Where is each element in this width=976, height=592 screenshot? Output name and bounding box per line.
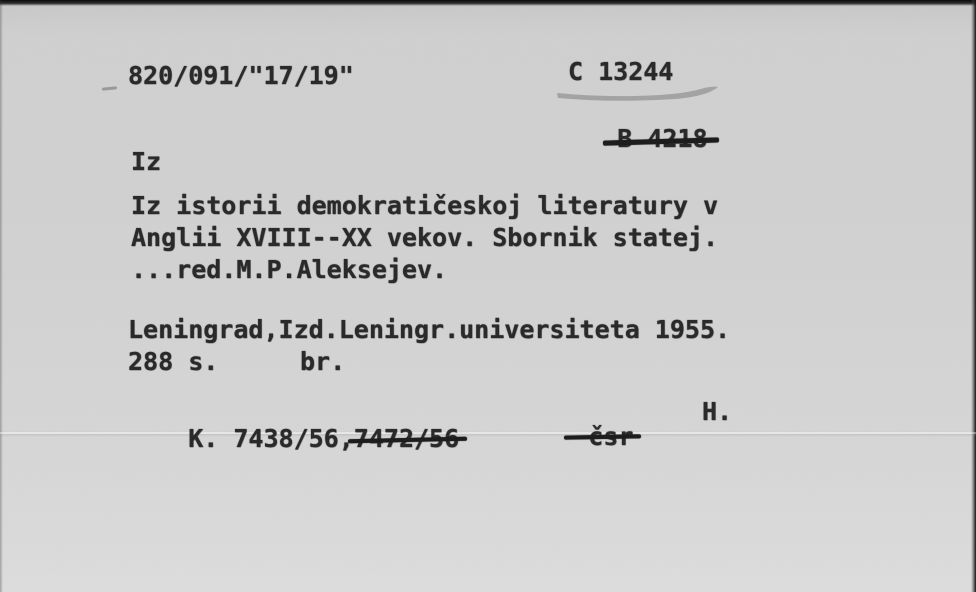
title-line-1: Iz istorii demokratičeskoj literatury v [131,192,718,219]
title-line-3: ...red.M.P.Aleksejev. [131,256,447,283]
scan-edge-top [0,0,976,6]
filing-word: Iz [131,148,161,175]
shelfmark-cancelled: B 4218 [557,98,708,179]
pagination: 288 s. [128,348,218,375]
shelfmark-cancelled-text: B 4218 [617,125,707,152]
accession-cancelled: 7472/56 [354,425,459,452]
binding-note: br. [300,348,345,375]
scan-edge-left [0,0,3,592]
scan-edge-right [971,0,976,592]
accession-line: K. 7438/56,7472/56 [128,398,459,479]
accession-prefix: K. 7438/56, [188,424,354,453]
shelfmark-current: C 13244 [568,58,673,85]
catalog-card-scan: 820/091/"17/19" C 13244 B 4218 Iz Iz ist… [0,0,976,592]
imprint: Leningrad,Izd.Leningr.universiteta 1955. [128,316,730,343]
note-cancelled-text: čsr [588,423,633,450]
note-cancelled: čsr [528,396,633,477]
cataloguer-initial: H. [702,398,732,425]
pencil-mark [102,86,117,91]
classification-number: 820/091/"17/19" [128,62,354,89]
title-line-2: Anglii XVIII--XX vekov. Sbornik statej. [131,224,718,251]
